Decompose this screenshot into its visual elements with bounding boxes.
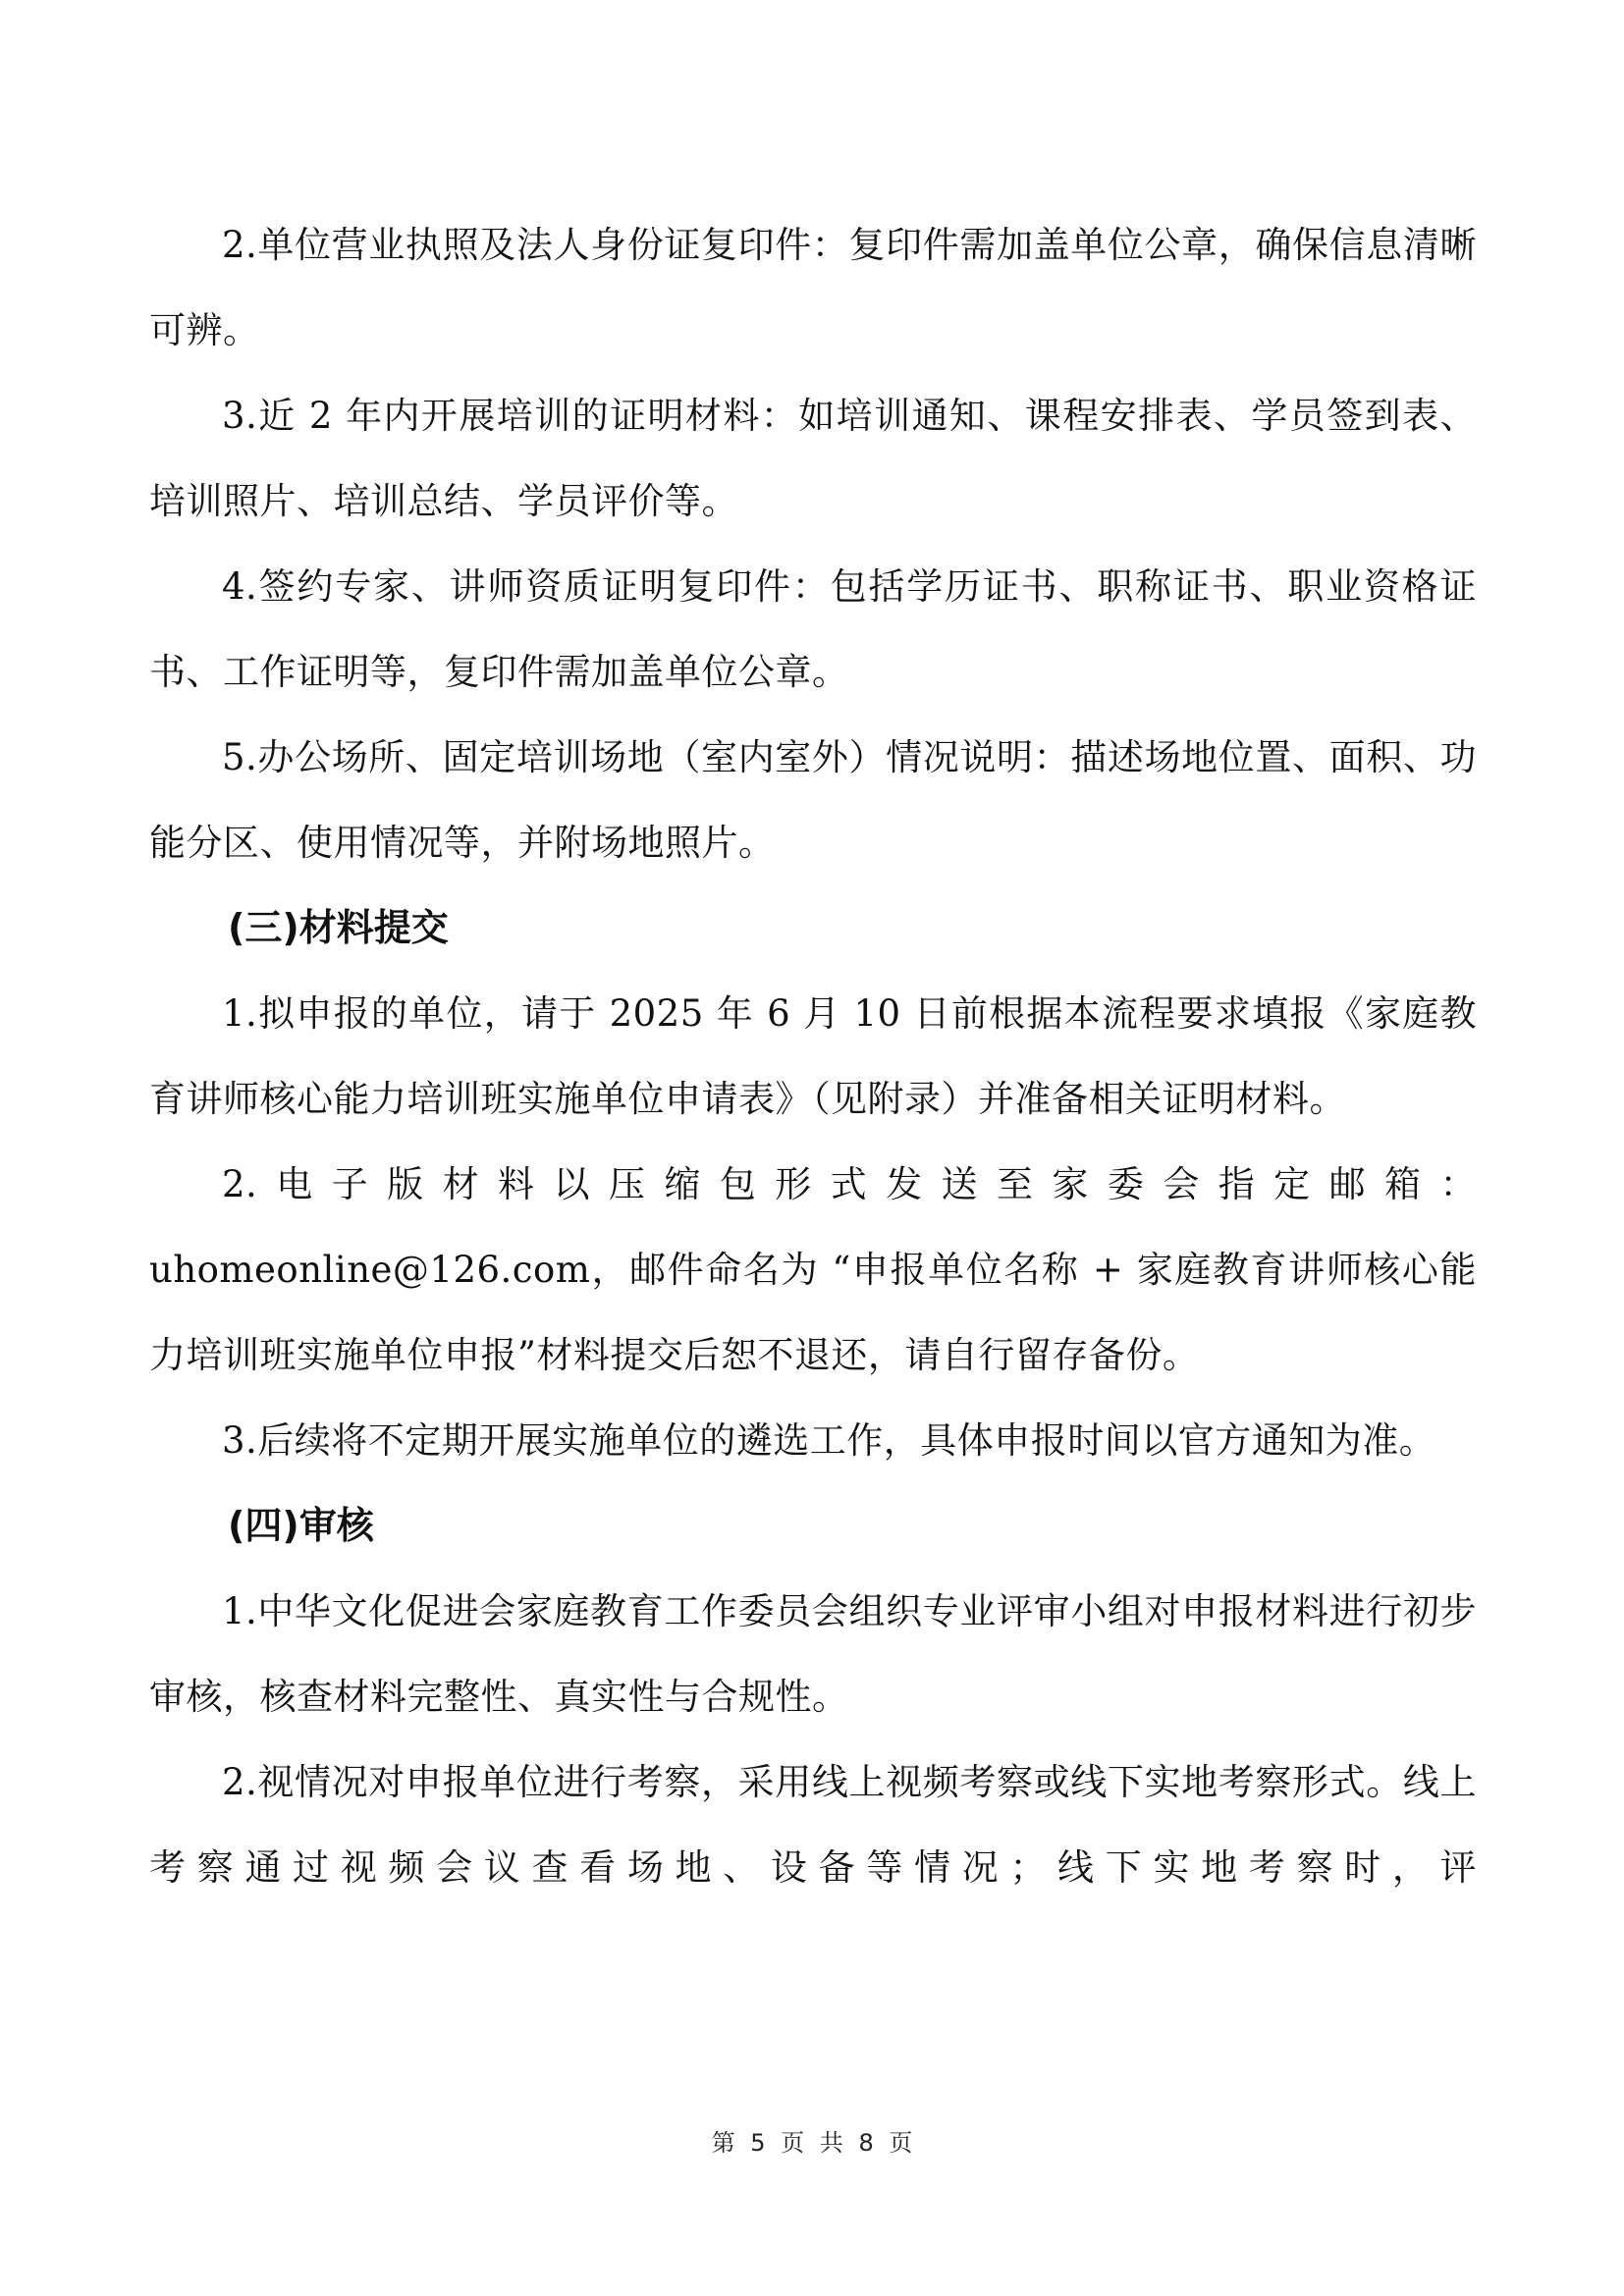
paragraph-item-5: 5.办公场所、固定培训场地（室内室外）情况说明：描述场地位置、面积、功能分区、使… bbox=[149, 715, 1477, 885]
document-page: 2.单位营业执照及法人身份证复印件：复印件需加盖单位公章，确保信息清晰可辨。 3… bbox=[149, 202, 1477, 1910]
paragraph-review-2: 2.视情况对申报单位进行考察，采用线上视频考察或线下实地考察形式。线上考察通过视… bbox=[149, 1739, 1477, 1910]
paragraph-submission-1: 1.拟申报的单位，请于 2025 年 6 月 10 日前根据本流程要求填报《家庭… bbox=[149, 971, 1477, 1142]
section-heading-review: (四)审核 bbox=[149, 1483, 1477, 1569]
paragraph-submission-3: 3.后续将不定期开展实施单位的遴选工作，具体申报时间以官方通知为准。 bbox=[149, 1398, 1477, 1483]
page-footer: 第 5 页 共 8 页 bbox=[0, 2123, 1624, 2158]
section-heading-material-submission: (三)材料提交 bbox=[149, 885, 1477, 971]
paragraph-submission-2: 2.电子版材料以压缩包形式发送至家委会指定邮箱：uhomeonline@126.… bbox=[149, 1142, 1477, 1398]
paragraph-item-2: 2.单位营业执照及法人身份证复印件：复印件需加盖单位公章，确保信息清晰可辨。 bbox=[149, 202, 1477, 373]
paragraph-item-4: 4.签约专家、讲师资质证明复印件：包括学历证书、职称证书、职业资格证书、工作证明… bbox=[149, 544, 1477, 715]
paragraph-item-3: 3.近 2 年内开展培训的证明材料：如培训通知、课程安排表、学员签到表、培训照片… bbox=[149, 373, 1477, 544]
paragraph-review-1: 1.中华文化促进会家庭教育工作委员会组织专业评审小组对申报材料进行初步审核，核查… bbox=[149, 1569, 1477, 1739]
